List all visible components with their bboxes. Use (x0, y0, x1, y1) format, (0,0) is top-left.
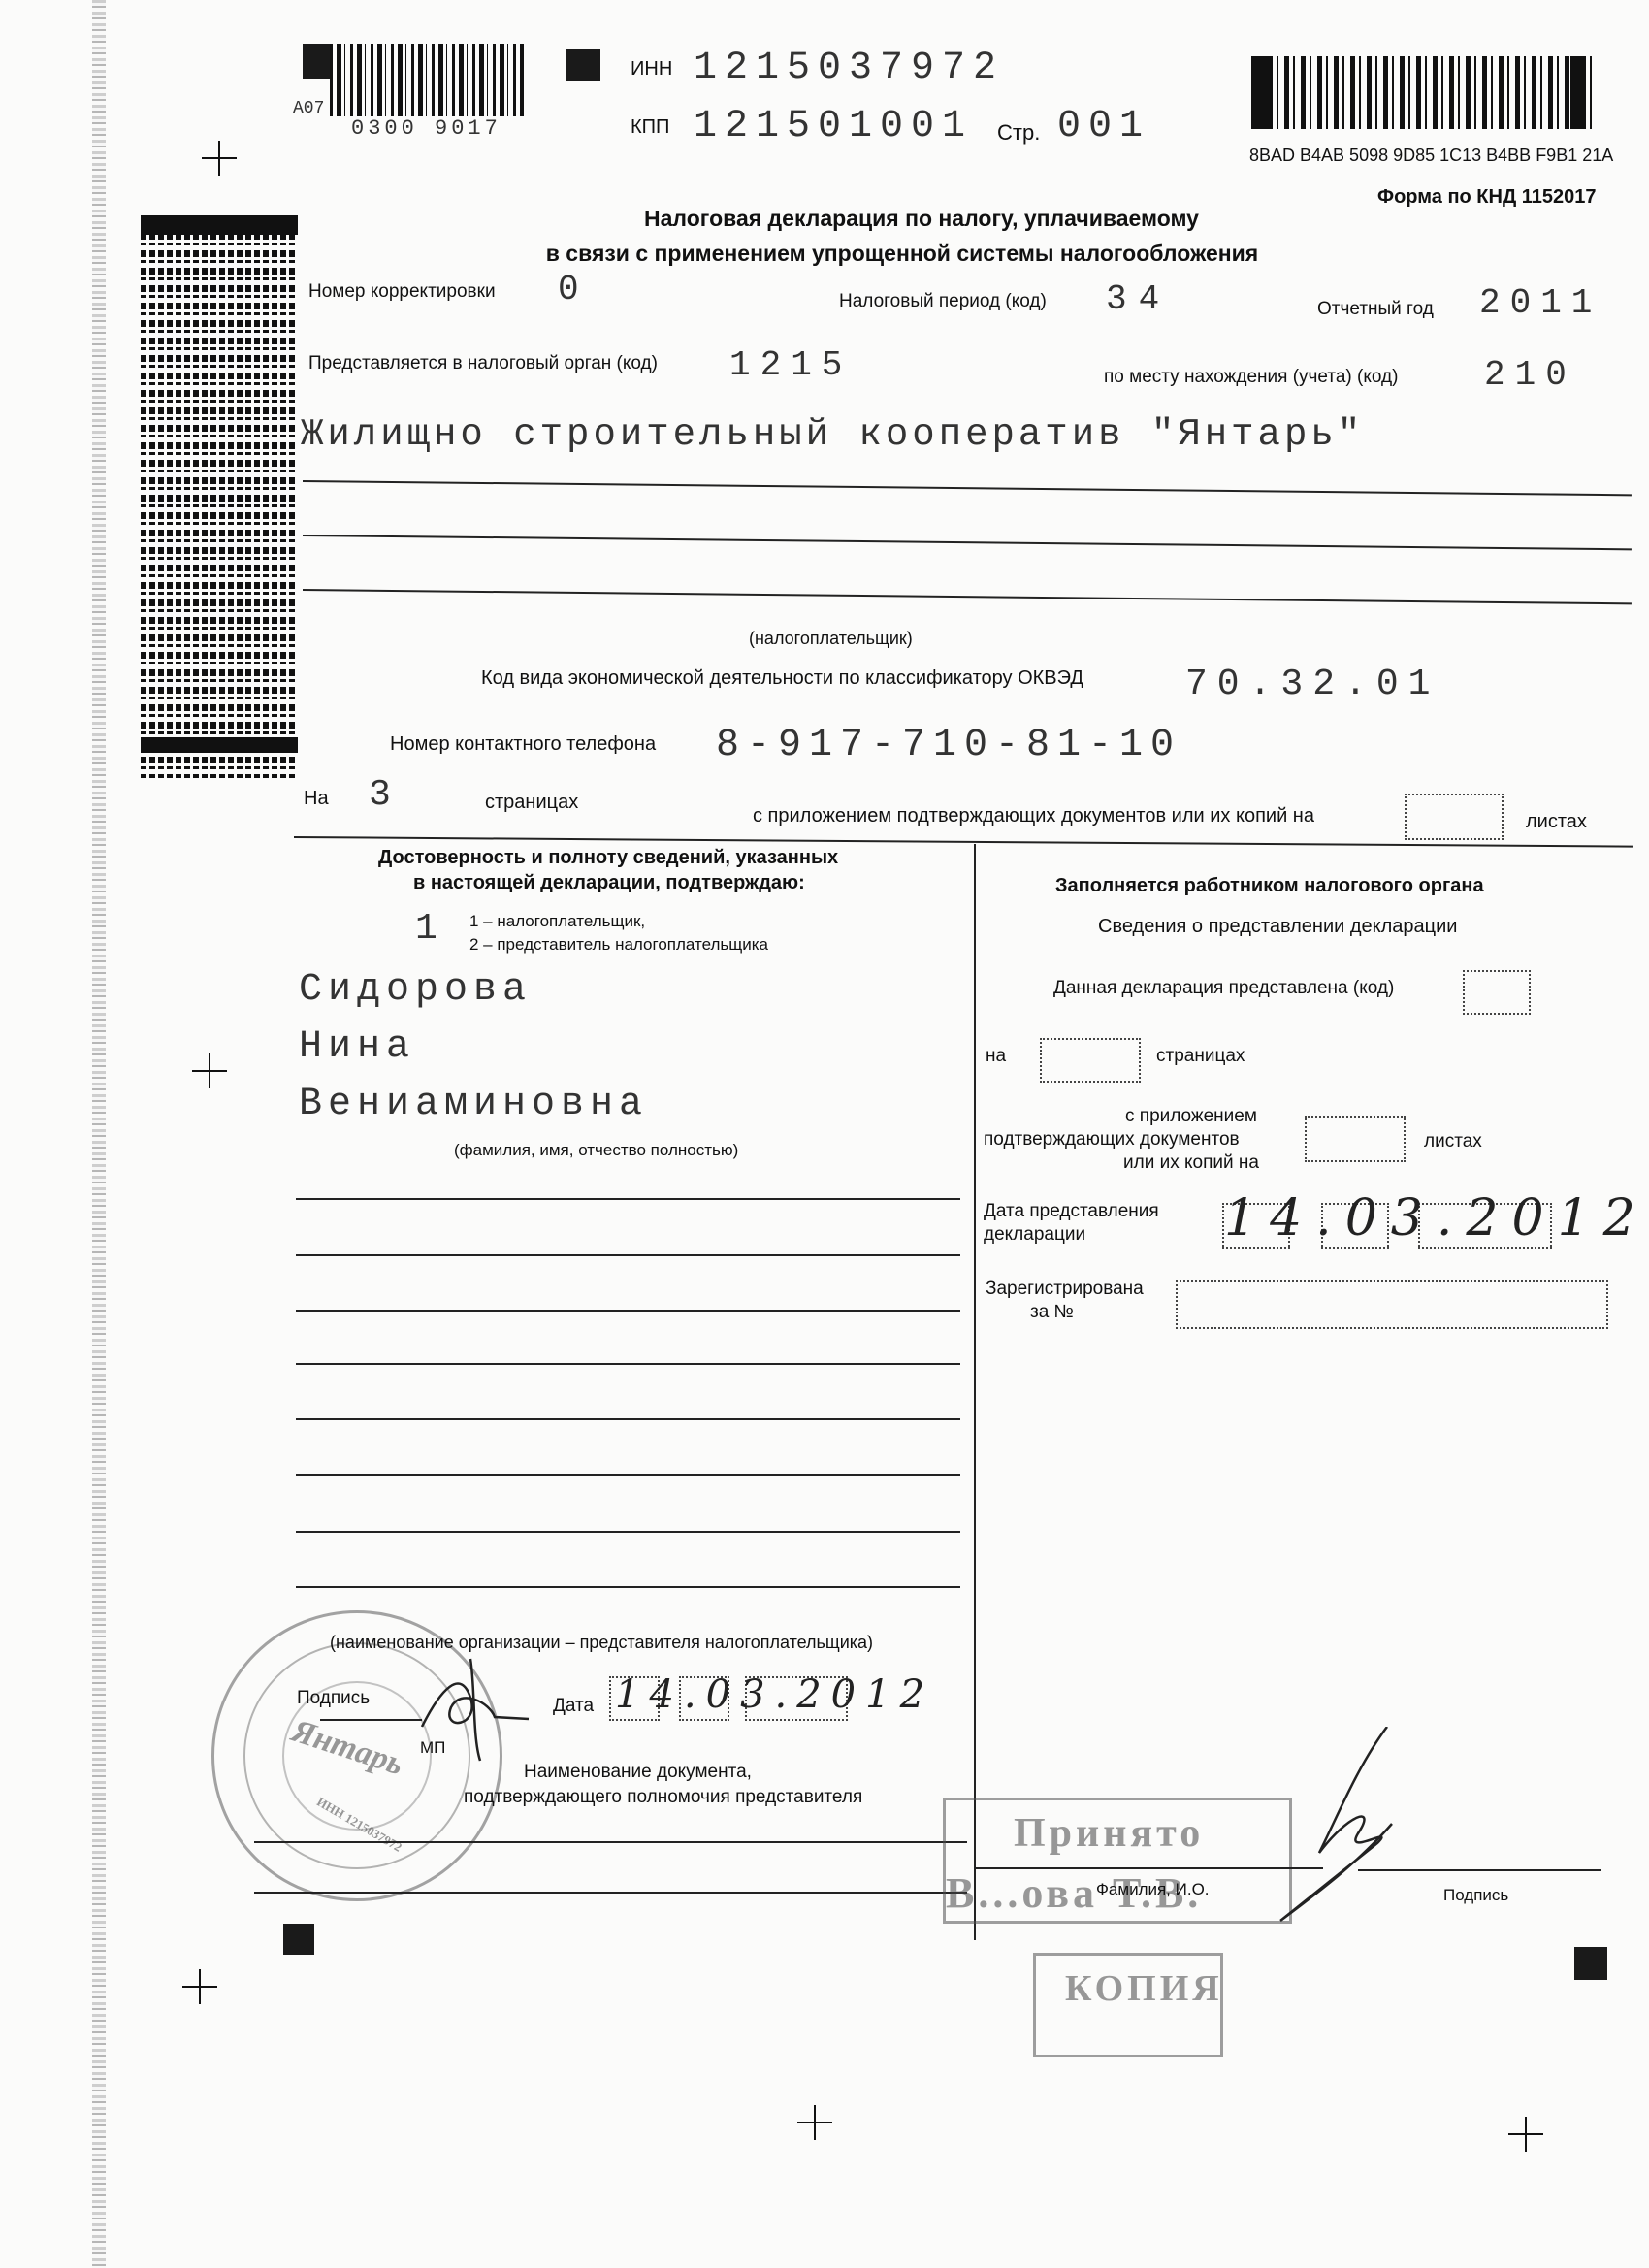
name-line (303, 535, 1632, 550)
fio-caption: (фамилия, имя, отчество полностью) (454, 1141, 738, 1160)
okved-label: Код вида экономической деятельности по к… (481, 667, 1083, 690)
org-line (296, 1310, 960, 1312)
inn-label: ИНН (630, 58, 672, 81)
org-line (296, 1531, 960, 1533)
barcode-number: 0300 9017 (351, 116, 501, 141)
pages-suffix: страницах (485, 792, 578, 814)
taxpayer-name[interactable]: Жилищно строительный кооператив "Янтарь" (301, 413, 1364, 456)
tax-office-subheading: Сведения о представлении декларации (1098, 916, 1457, 938)
correction-value[interactable]: 0 (558, 270, 579, 309)
signature-date-value[interactable]: 14.03.2012 (615, 1672, 934, 1717)
name-line (303, 480, 1632, 496)
location-code-value[interactable]: 210 (1484, 355, 1576, 395)
reporting-year-label: Отчетный год (1317, 299, 1434, 320)
authority-doc-line (254, 1841, 967, 1843)
kpp-label: КПП (630, 116, 669, 139)
tax-organ-label: Представляется в налоговый орган (код) (308, 353, 658, 374)
registration-cross (202, 141, 237, 176)
scan-edge (92, 0, 106, 2268)
attachments-sheets-field[interactable] (1405, 794, 1503, 840)
page-label: Стр. (997, 120, 1040, 146)
barcode-hash: 8BAD B4AB 5098 9D85 1C13 B4BB F9B1 21A (1249, 146, 1613, 166)
okved-value[interactable]: 70.32.01 (1185, 664, 1439, 705)
confirmation-heading-line2: в настоящей декларации, подтверждаю: (413, 872, 805, 894)
linear-barcode (330, 44, 524, 116)
vertical-barcode (141, 215, 298, 778)
pages-prefix: На (304, 788, 329, 810)
registration-cross (797, 2105, 832, 2140)
form-code: A07 (293, 99, 324, 118)
office-attach-line1: с приложением (1125, 1106, 1257, 1127)
signature-label: Подпись (297, 1688, 370, 1709)
inspector-name-caption: Фамилия, И.О. (1096, 1880, 1210, 1899)
authority-doc-line2: подтверждающего полномочия представителя (464, 1787, 862, 1808)
correction-label: Номер корректировки (308, 281, 496, 303)
phone-value[interactable]: 8-917-710-81-10 (716, 724, 1181, 767)
registration-cross (192, 1053, 227, 1088)
confirmation-heading-line1: Достоверность и полноту сведений, указан… (378, 847, 838, 869)
stamp-placeholder: МП (420, 1738, 445, 1758)
office-pages-prefix: на (986, 1046, 1006, 1067)
org-line (296, 1586, 960, 1588)
org-line (296, 1198, 960, 1200)
signer-type-value[interactable]: 1 (415, 908, 437, 950)
registration-cross (182, 1969, 217, 2004)
accepted-stamp: Принято В...ова Т.В. (943, 1798, 1292, 1924)
tax-organ-value[interactable]: 1215 (729, 345, 852, 385)
declaration-title-line1: Налоговая декларация по налогу, уплачива… (0, 206, 1649, 232)
attachments-label: с приложением подтверждающих документов … (753, 805, 1314, 827)
office-attach-suffix: листах (1424, 1131, 1482, 1152)
copy-stamp: КОПИЯ (1033, 1953, 1223, 2057)
phone-label: Номер контактного телефона (390, 733, 656, 756)
registration-cross (1508, 2117, 1543, 2152)
registered-label-line2: за № (1030, 1302, 1074, 1323)
column-divider (974, 844, 976, 1940)
submitted-code-field[interactable] (1463, 970, 1531, 1015)
inspector-signature-caption: Подпись (1443, 1886, 1508, 1905)
registration-number-field[interactable] (1176, 1280, 1608, 1329)
registration-square (303, 44, 332, 79)
attachments-suffix: листах (1526, 811, 1587, 833)
tax-period-label: Налоговый период (код) (839, 291, 1047, 312)
org-line (296, 1254, 960, 1256)
submitted-code-label: Данная декларация представлена (код) (1053, 978, 1394, 999)
pages-value[interactable]: 3 (369, 774, 391, 816)
signer-patronymic[interactable]: Вениаминовна (299, 1083, 648, 1126)
office-pages-suffix: страницах (1156, 1046, 1245, 1067)
taxpayer-caption: (налогоплательщик) (749, 629, 913, 649)
office-attach-line3: или их копий на (1123, 1152, 1259, 1174)
office-attach-line2: подтверждающих документов (984, 1129, 1240, 1150)
office-date-label-line2: декларации (984, 1224, 1085, 1246)
signer-option-1: 1 – налогоплательщик, (469, 912, 645, 931)
inspector-signature (1251, 1727, 1445, 1940)
inspector-signature-line (1358, 1869, 1600, 1871)
registered-label-line1: Зарегистрирована (986, 1279, 1144, 1300)
office-date-value[interactable]: 14.03.2012 (1224, 1189, 1649, 1247)
registration-square (566, 49, 600, 81)
signer-option-2: 2 – представитель налогоплательщика (469, 935, 768, 955)
registration-square (283, 1924, 314, 1955)
name-line (303, 589, 1632, 604)
org-line (296, 1474, 960, 1476)
reporting-year-value[interactable]: 2011 (1479, 283, 1601, 323)
location-code-label: по месту нахождения (учета) (код) (1104, 367, 1398, 388)
signer-surname[interactable]: Сидорова (299, 968, 532, 1012)
inn-value: 1215037972 (694, 47, 1004, 90)
registration-square (1574, 1947, 1607, 1980)
office-attach-field[interactable] (1305, 1116, 1406, 1162)
declaration-title-line2: в связи с применением упрощенной системы… (0, 241, 1649, 267)
signer-first-name[interactable]: Нина (299, 1025, 415, 1069)
office-pages-field[interactable] (1040, 1038, 1141, 1083)
page-number: 001 (1057, 105, 1150, 148)
office-date-label-line1: Дата представления (984, 1201, 1159, 1222)
authority-doc-line1: Наименование документа, (524, 1762, 752, 1783)
authority-doc-line (254, 1892, 967, 1894)
kpp-value: 121501001 (694, 105, 973, 148)
org-line (296, 1363, 960, 1365)
tax-period-value[interactable]: 34 (1106, 279, 1171, 319)
date-label: Дата (553, 1696, 594, 1717)
tax-office-heading: Заполняется работником налогового органа (1055, 875, 1484, 897)
org-line (296, 1418, 960, 1420)
2d-barcode (1251, 56, 1596, 129)
